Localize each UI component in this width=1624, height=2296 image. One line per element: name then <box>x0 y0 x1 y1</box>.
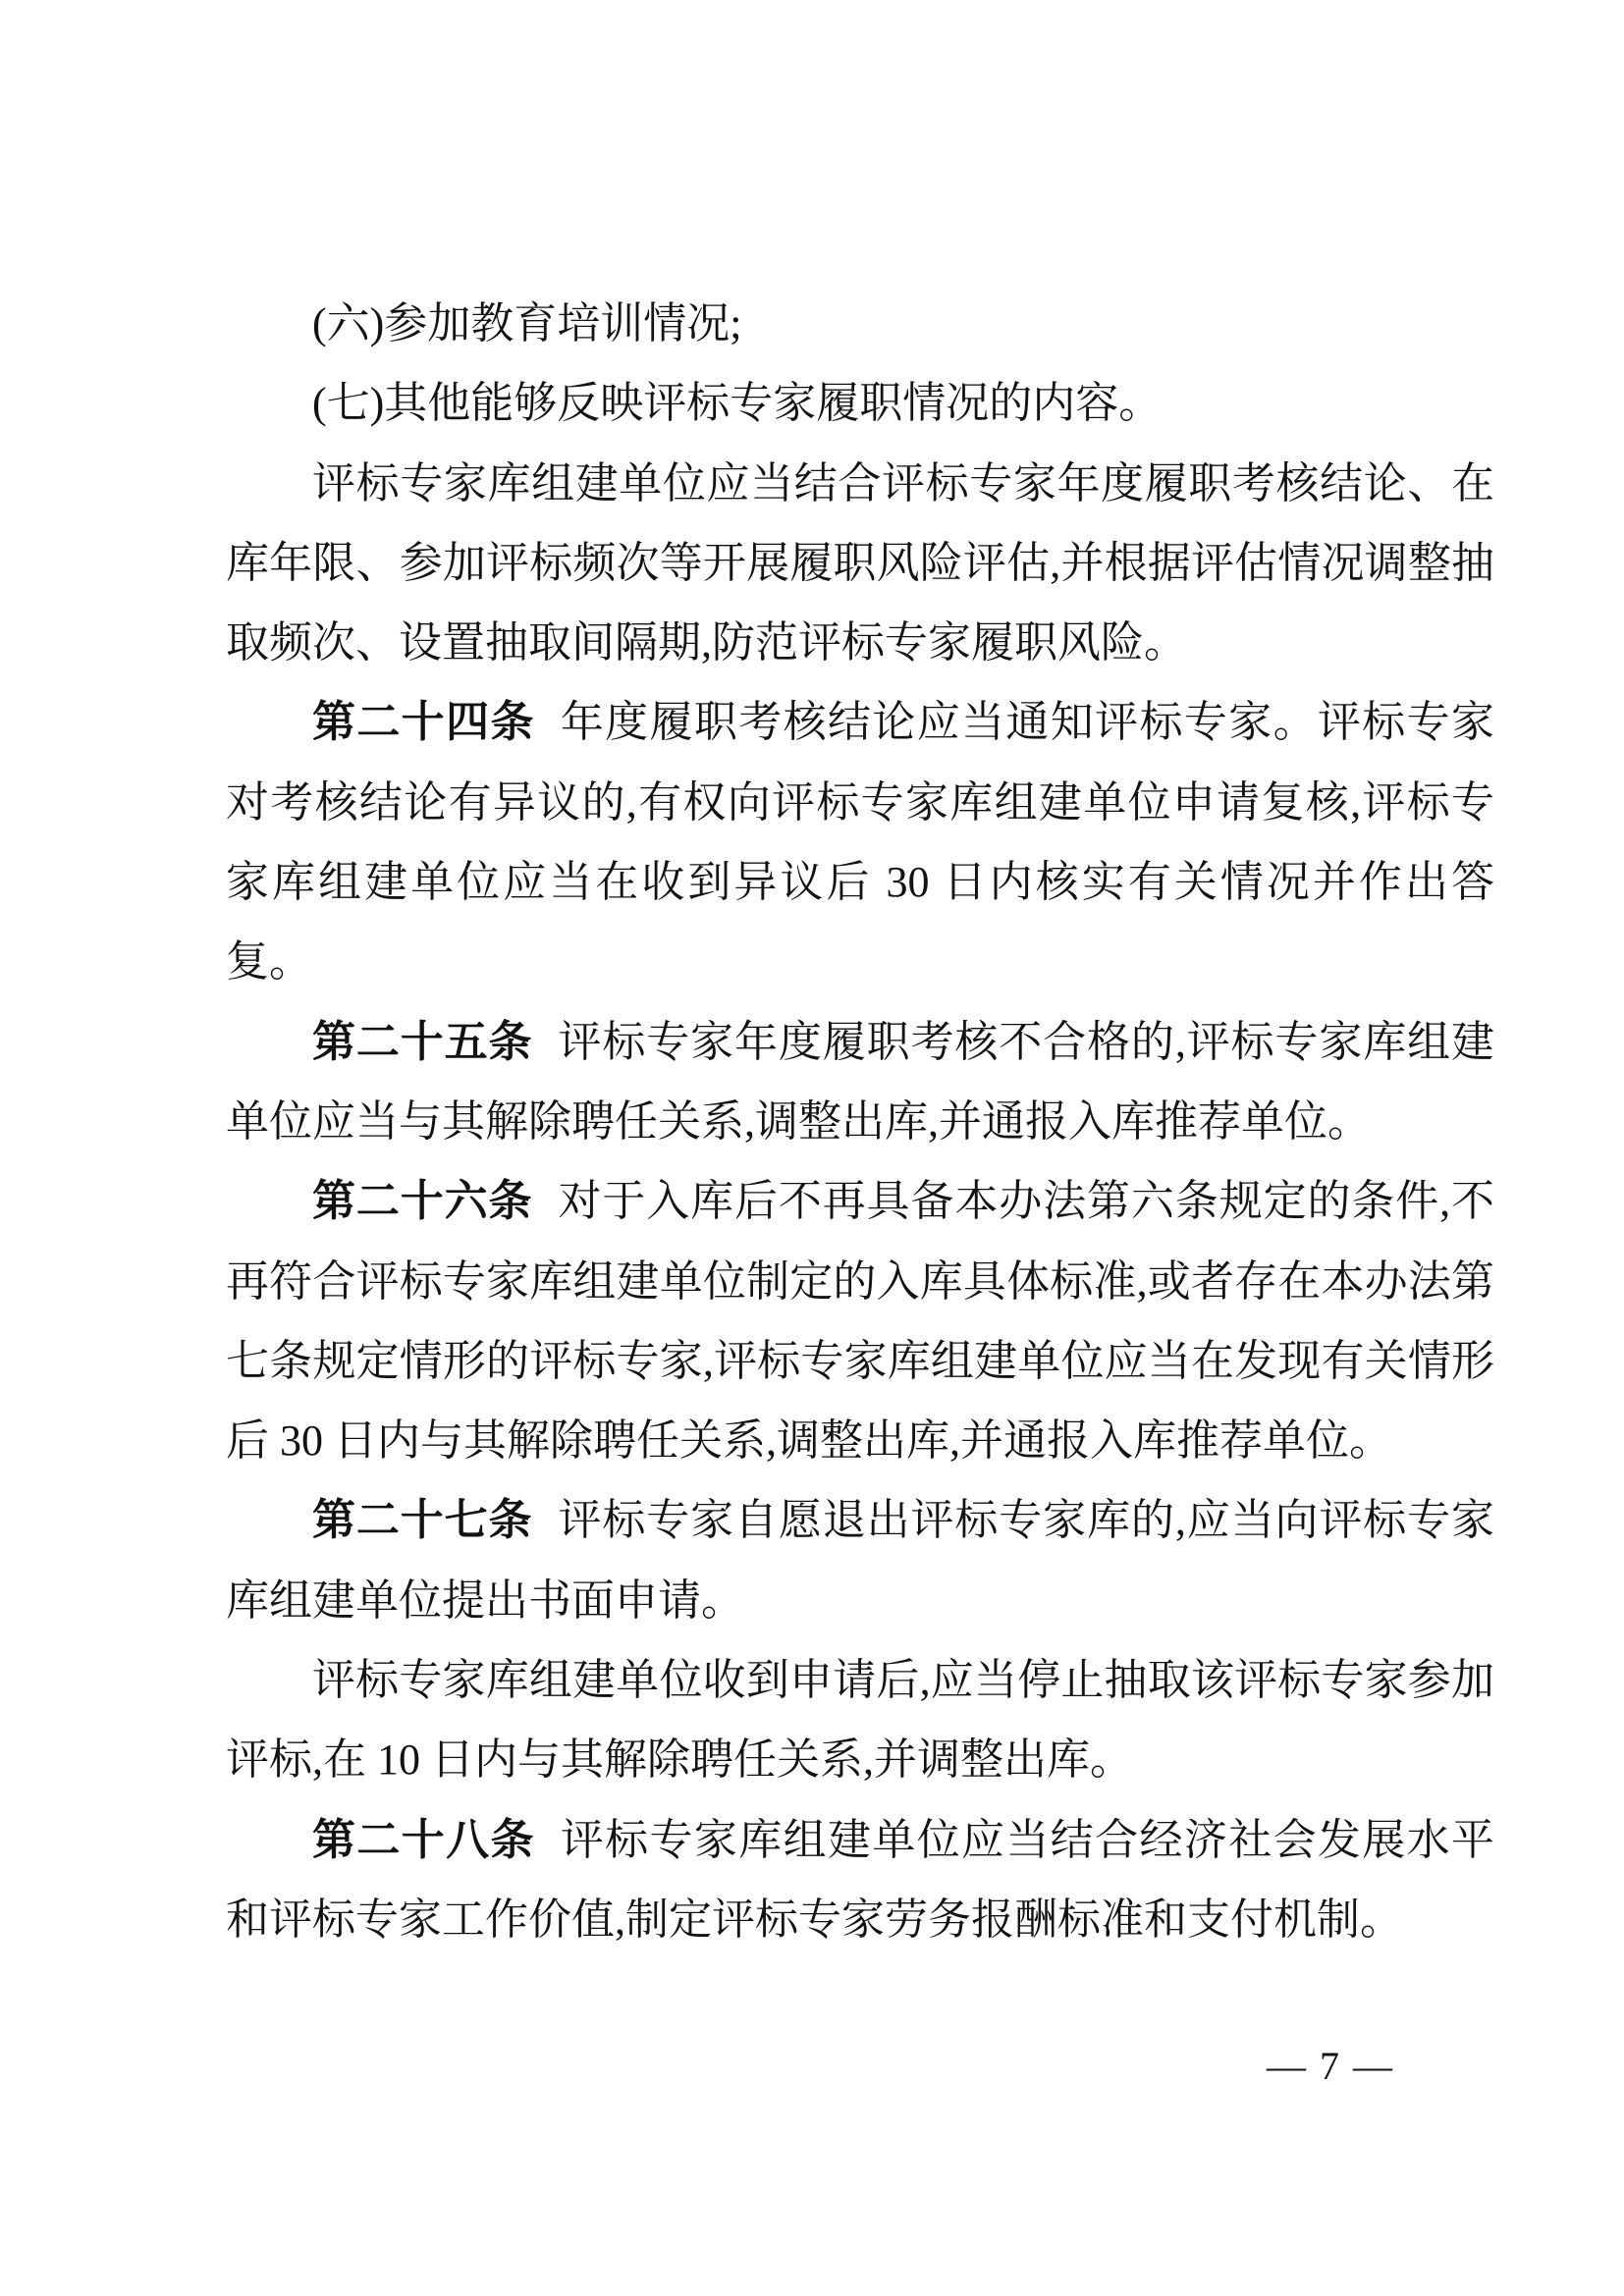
article-number: 第二十八条 <box>312 1816 535 1864</box>
article-number: 第二十四条 <box>312 698 535 746</box>
paragraph: (七)其他能够反映评标专家履职情况的内容。 <box>226 363 1494 443</box>
paragraph-text: (七)其他能够反映评标专家履职情况的内容。 <box>312 379 1162 427</box>
page-number: — 7 — <box>1267 2045 1394 2088</box>
paragraph-text: 评标专家库组建单位应当结合评标专家年度履职考核结论、在库年限、参加评标频次等开展… <box>226 459 1494 667</box>
article-paragraph: 第二十八条评标专家库组建单位应当结合经济社会发展水平和评标专家工作价值,制定评标… <box>226 1800 1494 1960</box>
document-body: (六)参加教育培训情况;(七)其他能够反映评标专家履职情况的内容。评标专家库组建… <box>226 284 1494 1959</box>
paragraph: 评标专家库组建单位收到申请后,应当停止抽取该评标专家参加评标,在 10 日内与其… <box>226 1640 1494 1800</box>
paragraph: 评标专家库组建单位应当结合评标专家年度履职考核结论、在库年限、参加评标频次等开展… <box>226 444 1494 683</box>
article-number: 第二十七条 <box>312 1496 532 1544</box>
article-paragraph: 第二十六条对于入库后不再具备本办法第六条规定的条件,不再符合评标专家库组建单位制… <box>226 1161 1494 1480</box>
article-paragraph: 第二十五条评标专家年度履职考核不合格的,评标专家库组建单位应当与其解除聘任关系,… <box>226 1002 1494 1162</box>
article-number: 第二十六条 <box>312 1177 532 1225</box>
paragraph-text: 评标专家库组建单位收到申请后,应当停止抽取该评标专家参加评标,在 10 日内与其… <box>226 1656 1494 1784</box>
paragraph: (六)参加教育培训情况; <box>226 284 1494 363</box>
article-paragraph: 第二十七条评标专家自愿退出评标专家库的,应当向评标专家库组建单位提出书面申请。 <box>226 1480 1494 1640</box>
article-paragraph: 第二十四条年度履职考核结论应当通知评标专家。评标专家对考核结论有异议的,有权向评… <box>226 682 1494 1001</box>
document-page: (六)参加教育培训情况;(七)其他能够反映评标专家履职情况的内容。评标专家库组建… <box>0 0 1624 2296</box>
article-number: 第二十五条 <box>312 1018 532 1066</box>
paragraph-text: (六)参加教育培训情况; <box>312 299 742 347</box>
